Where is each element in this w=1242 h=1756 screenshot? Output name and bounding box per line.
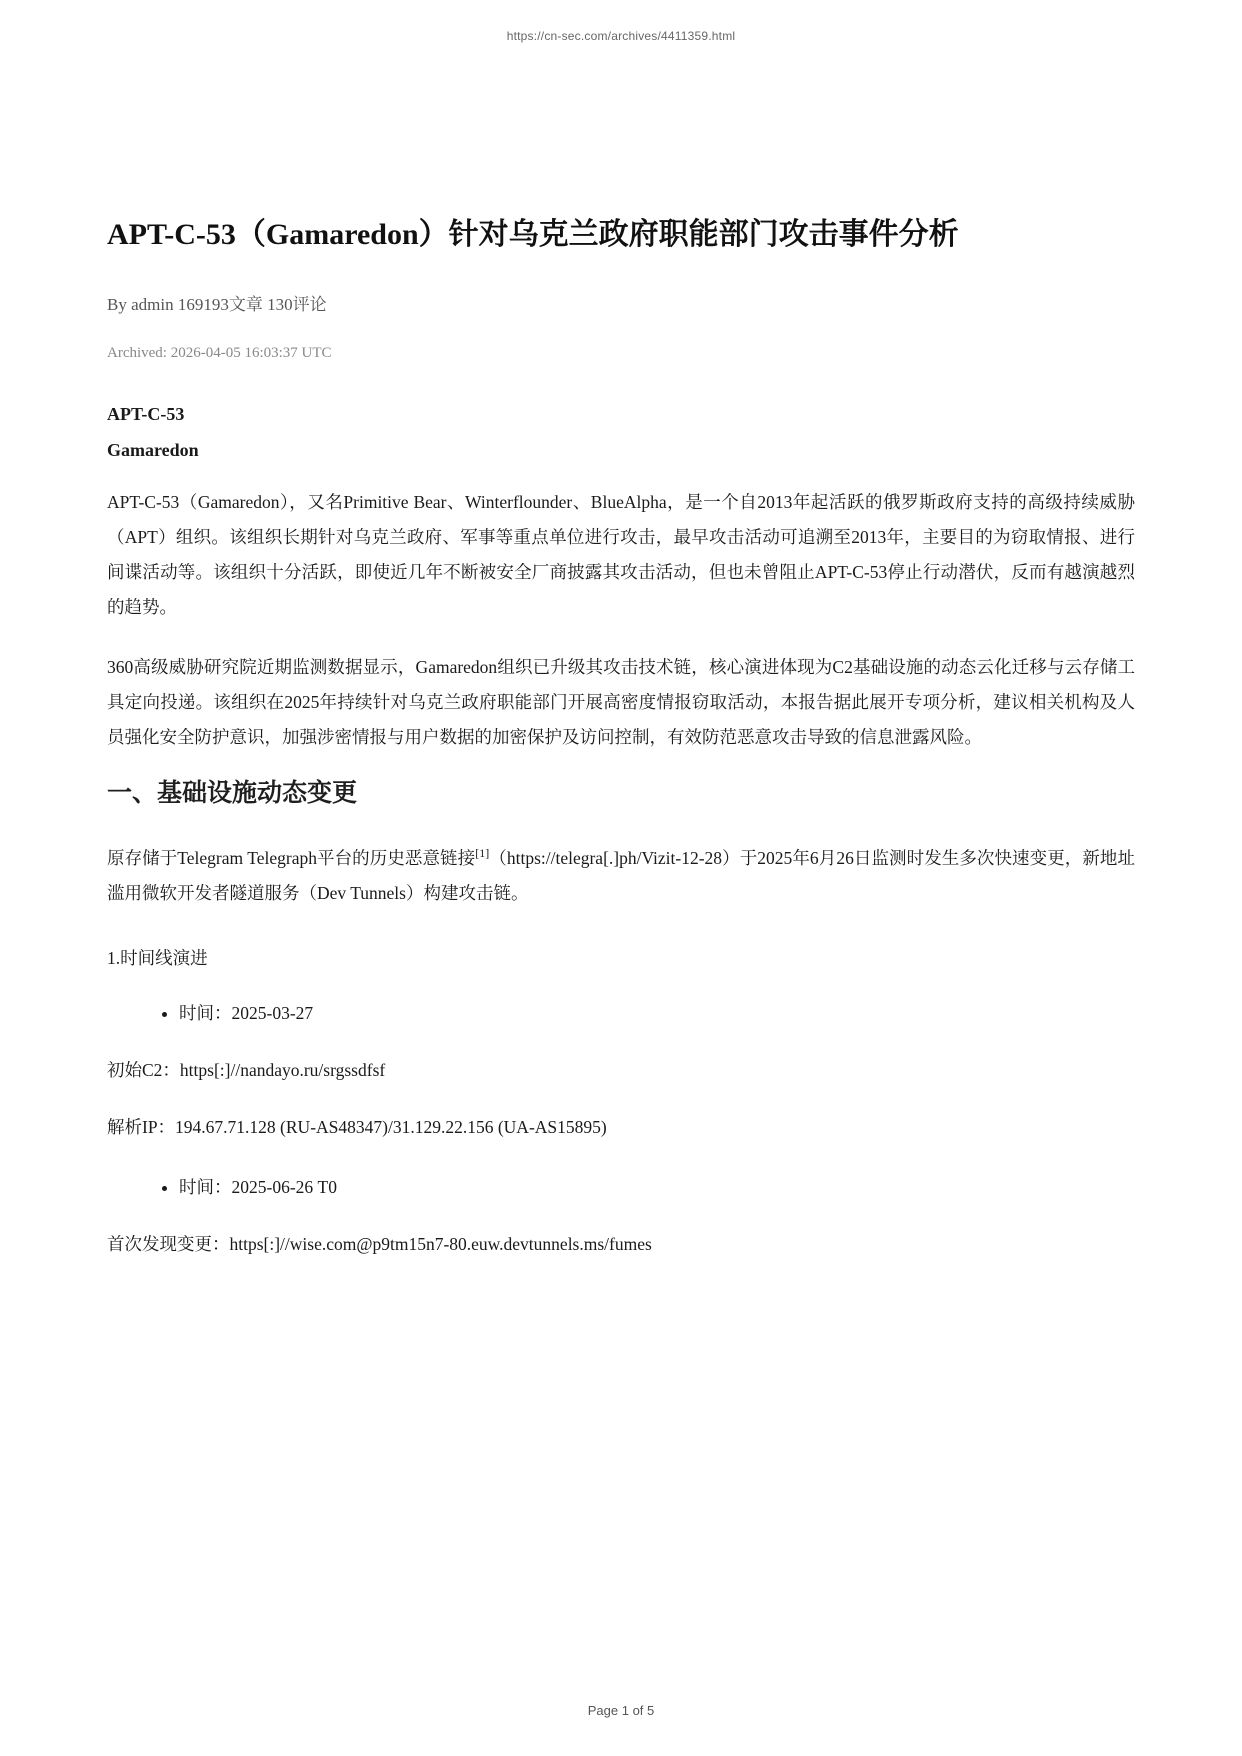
apt-group-name-primary: APT-C-53 (107, 396, 1135, 432)
section-1-intro-text-before-footnote: 原存储于Telegram Telegraph平台的历史恶意链接 (107, 848, 475, 868)
archived-timestamp: Archived: 2026-04-05 16:03:37 UTC (107, 344, 1135, 362)
timeline-subheading: 1.时间线演进 (107, 941, 1135, 976)
section-1-intro-paragraph: 原存储于Telegram Telegraph平台的历史恶意链接[1]（https… (107, 841, 1135, 911)
apt-group-name-alias: Gamaredon (107, 432, 1135, 468)
timeline-bullet-date-1: 时间：2025-03-27 (179, 996, 1135, 1031)
article-body: APT-C-53（Gamaredon）针对乌克兰政府职能部门攻击事件分析 By … (107, 216, 1135, 1262)
archive-source-url: https://cn-sec.com/archives/4411359.html (0, 0, 1242, 44)
first-change-line: 首次发现变更：https[:]//wise.com@p9tm15n7-80.eu… (107, 1227, 1135, 1262)
intro-paragraph-2: 360高级威胁研究院近期监测数据显示，Gamaredon组织已升级其攻击技术链，… (107, 650, 1135, 755)
initial-c2-line: 初始C2：https[:]//nandayo.ru/srgssdfsf (107, 1053, 1135, 1088)
intro-paragraph-1: APT-C-53（Gamaredon），又名Primitive Bear、Win… (107, 485, 1135, 625)
section-1-heading: 一、基础设施动态变更 (107, 777, 1135, 809)
timeline-list-1: 时间：2025-03-27 (107, 996, 1135, 1031)
page-number: Page 1 of 5 (0, 1703, 1242, 1719)
byline: By admin 169193文章 130评论 (107, 295, 1135, 315)
timeline-list-2: 时间：2025-06-26 T0 (107, 1170, 1135, 1205)
timeline-bullet-date-2: 时间：2025-06-26 T0 (179, 1170, 1135, 1205)
page-title: APT-C-53（Gamaredon）针对乌克兰政府职能部门攻击事件分析 (107, 216, 1135, 254)
apt-group-names: APT-C-53 Gamaredon (107, 396, 1135, 468)
footnote-reference-1: [1] (475, 846, 489, 860)
archived-document-page: { "page": { "url_header": "https://cn-se… (0, 0, 1242, 1756)
resolved-ip-line: 解析IP：194.67.71.128 (RU-AS48347)/31.129.2… (107, 1110, 1135, 1145)
